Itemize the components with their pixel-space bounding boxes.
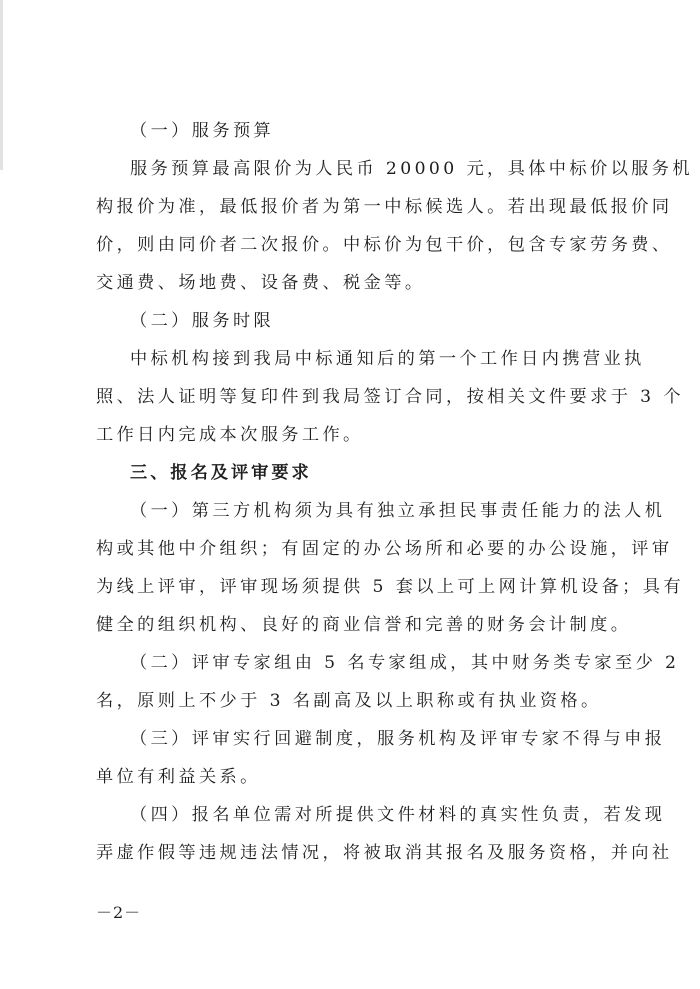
paragraph-line: （一）第三方机构须为具有独立承担民事责任能力的法人机 xyxy=(130,492,612,530)
paragraph-line: 工作日内完成本次服务工作。 xyxy=(96,416,612,454)
scan-edge xyxy=(0,0,3,170)
paragraph-line: 名，原则上不少于 3 名副高及以上职称或有执业资格。 xyxy=(96,682,612,720)
paragraph-line: （四）报名单位需对所提供文件材料的真实性负责，若发现 xyxy=(130,796,612,834)
paragraph-line: 服务预算最高限价为人民币 20000 元，具体中标价以服务机 xyxy=(130,150,612,188)
paragraph-line: 照、法人证明等复印件到我局签订合同，按相关文件要求于 3 个 xyxy=(96,378,612,416)
paragraph-line: （三）评审实行回避制度，服务机构及评审专家不得与申报 xyxy=(130,720,612,758)
paragraph-line: 单位有利益关系。 xyxy=(96,758,612,796)
page-number: －2－ xyxy=(96,900,141,923)
paragraph-line: 健全的组织机构、良好的商业信誉和完善的财务会计制度。 xyxy=(96,606,612,644)
paragraph-line: 交通费、场地费、设备费、税金等。 xyxy=(96,264,612,302)
paragraph-line: （二）评审专家组由 5 名专家组成，其中财务类专家至少 2 xyxy=(130,644,612,682)
paragraph-line: 构或其他中介组织；有固定的办公场所和必要的办公设施，评审 xyxy=(96,530,612,568)
section-heading-registration-review: 三、报名及评审要求 xyxy=(130,454,612,492)
paragraph-line: 构报价为准，最低报价者为第一中标候选人。若出现最低报价同 xyxy=(96,188,612,226)
paragraph-line: 为线上评审，评审现场须提供 5 套以上可上网计算机设备；具有 xyxy=(96,568,612,606)
paragraph-line: 价，则由同价者二次报价。中标价为包干价，包含专家劳务费、 xyxy=(96,226,612,264)
paragraph-line: 弄虚作假等违规违法情况，将被取消其报名及服务资格，并向社 xyxy=(96,834,612,872)
subheading-service-time-limit: （二）服务时限 xyxy=(130,302,612,340)
paragraph-line: 中标机构接到我局中标通知后的第一个工作日内携营业执 xyxy=(130,340,612,378)
subheading-service-budget: （一）服务预算 xyxy=(130,112,612,150)
